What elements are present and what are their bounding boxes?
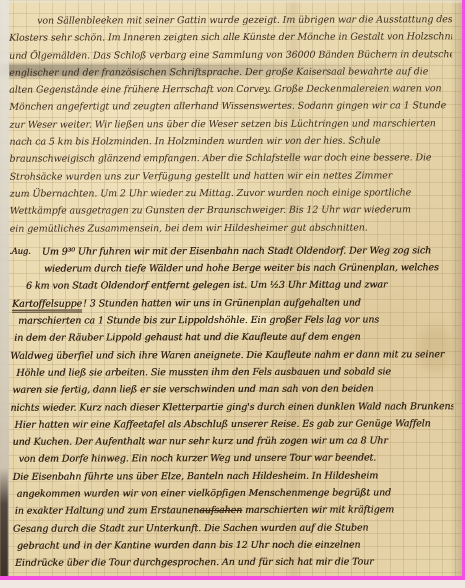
handwriting-line: Strohsäcke wurden uns zur Verfügung gest… bbox=[10, 167, 453, 186]
handwriting-line: 6 km von Stadt Oldendorf entfernt gelege… bbox=[10, 277, 453, 296]
inserted-correction: der Einwohner bbox=[199, 502, 250, 503]
handwriting-line: von dem Dorfe hinweg. Ein noch kurzer We… bbox=[11, 450, 454, 469]
underlined-word: Kartoffelsuppe bbox=[12, 298, 82, 312]
scanned-document: von Sällenbleeken mit seiner Gattin wurd… bbox=[0, 0, 465, 588]
handwriting-line: Hier hatten wir eine Kaffeetafel als Abs… bbox=[10, 415, 453, 434]
scan-left-dark-edge bbox=[0, 468, 8, 580]
handwriting-line: 9.Aug.Um 9³⁰ Uhr fuhren wir mit der Eise… bbox=[10, 242, 453, 261]
handwriting-line: Wettkämpfe ausgetragen zu Gunsten der Br… bbox=[10, 201, 453, 220]
handwriting-line: nichts wieder. Kurz nach dieser Kletterp… bbox=[10, 398, 453, 417]
handwriting-line: nach ca 5 km bis Holzminden. In Holzmind… bbox=[9, 132, 452, 151]
handwriting-line: gebracht und in der Kantine wurden dann … bbox=[11, 536, 454, 555]
handwriting-line: in exakter Haltung und zum Erstaunender … bbox=[11, 502, 454, 521]
handwriting-line: marschierten ca 1 Stunde bis zur Lippold… bbox=[10, 311, 453, 330]
handwriting-line: Klosters sehr schön. Im Inneren zeigten … bbox=[9, 29, 452, 48]
handwriting-line: englischer und der französischen Schrift… bbox=[9, 63, 452, 82]
handwriting-line: Waldweg überfiel und sich ihre Waren ane… bbox=[10, 346, 453, 365]
handwriting-line: Gesang durch die Stadt zur Unterkunft. D… bbox=[11, 519, 454, 538]
handwriting-line: zum Übernachten. Um 2 Uhr wieder zu Mitt… bbox=[10, 184, 453, 203]
handwriting-line: waren sie fertig, dann ließ er sie versc… bbox=[10, 380, 453, 399]
scan-backing-strip bbox=[0, 580, 465, 588]
handwriting-line: Höhle und ließ sie arbeiten. Sie mussten… bbox=[10, 363, 453, 382]
handwriting-line: braunschweigisch glänzend empfangen. Abe… bbox=[10, 150, 453, 169]
handwriting-line: und Ölgemälden. Das Schloß verbarg eine … bbox=[9, 46, 452, 65]
correction-group: der Einwohner aufsahen bbox=[199, 502, 242, 519]
handwriting-line: von Sällenbleeken mit seiner Gattin wurd… bbox=[9, 11, 452, 30]
handwriting-line: alten Gegenstände eine frühere Herrschaf… bbox=[9, 80, 452, 99]
scan-top-edge bbox=[0, 0, 465, 3]
handwriting-line: Eindrücke über die Tour durchgesprochen.… bbox=[11, 553, 454, 572]
handwriting-line: zur Weser weiter. Wir ließen uns über di… bbox=[9, 115, 452, 134]
handwriting-line: und Kuchen. Der Aufenthalt war nur sehr … bbox=[10, 432, 453, 451]
handwriting-line: Mönchen angefertigt und zeugten allerhan… bbox=[9, 98, 452, 117]
handwriting-line: in dem der Räuber Lippold gehaust hat un… bbox=[10, 329, 453, 348]
handwriting-line: angekommen wurden wir von einer vielköpf… bbox=[11, 484, 454, 503]
margin-date-note: 9.Aug. bbox=[10, 244, 31, 261]
strikethrough-word: aufsahen bbox=[199, 505, 242, 516]
handwriting-line: Kartoffelsuppe! 3 Stunden hatten wir uns… bbox=[10, 294, 453, 313]
handwriting-line: ein gemütliches Zusammensein, bei dem wi… bbox=[10, 219, 453, 238]
handwriting-text-block: von Sällenbleeken mit seiner Gattin wurd… bbox=[9, 11, 454, 572]
handwriting-line: Die Eisenbahn führte uns über Elze, Bant… bbox=[11, 467, 454, 486]
handwriting-line: wiederum durch tiefe Wälder und hohe Ber… bbox=[10, 259, 453, 278]
